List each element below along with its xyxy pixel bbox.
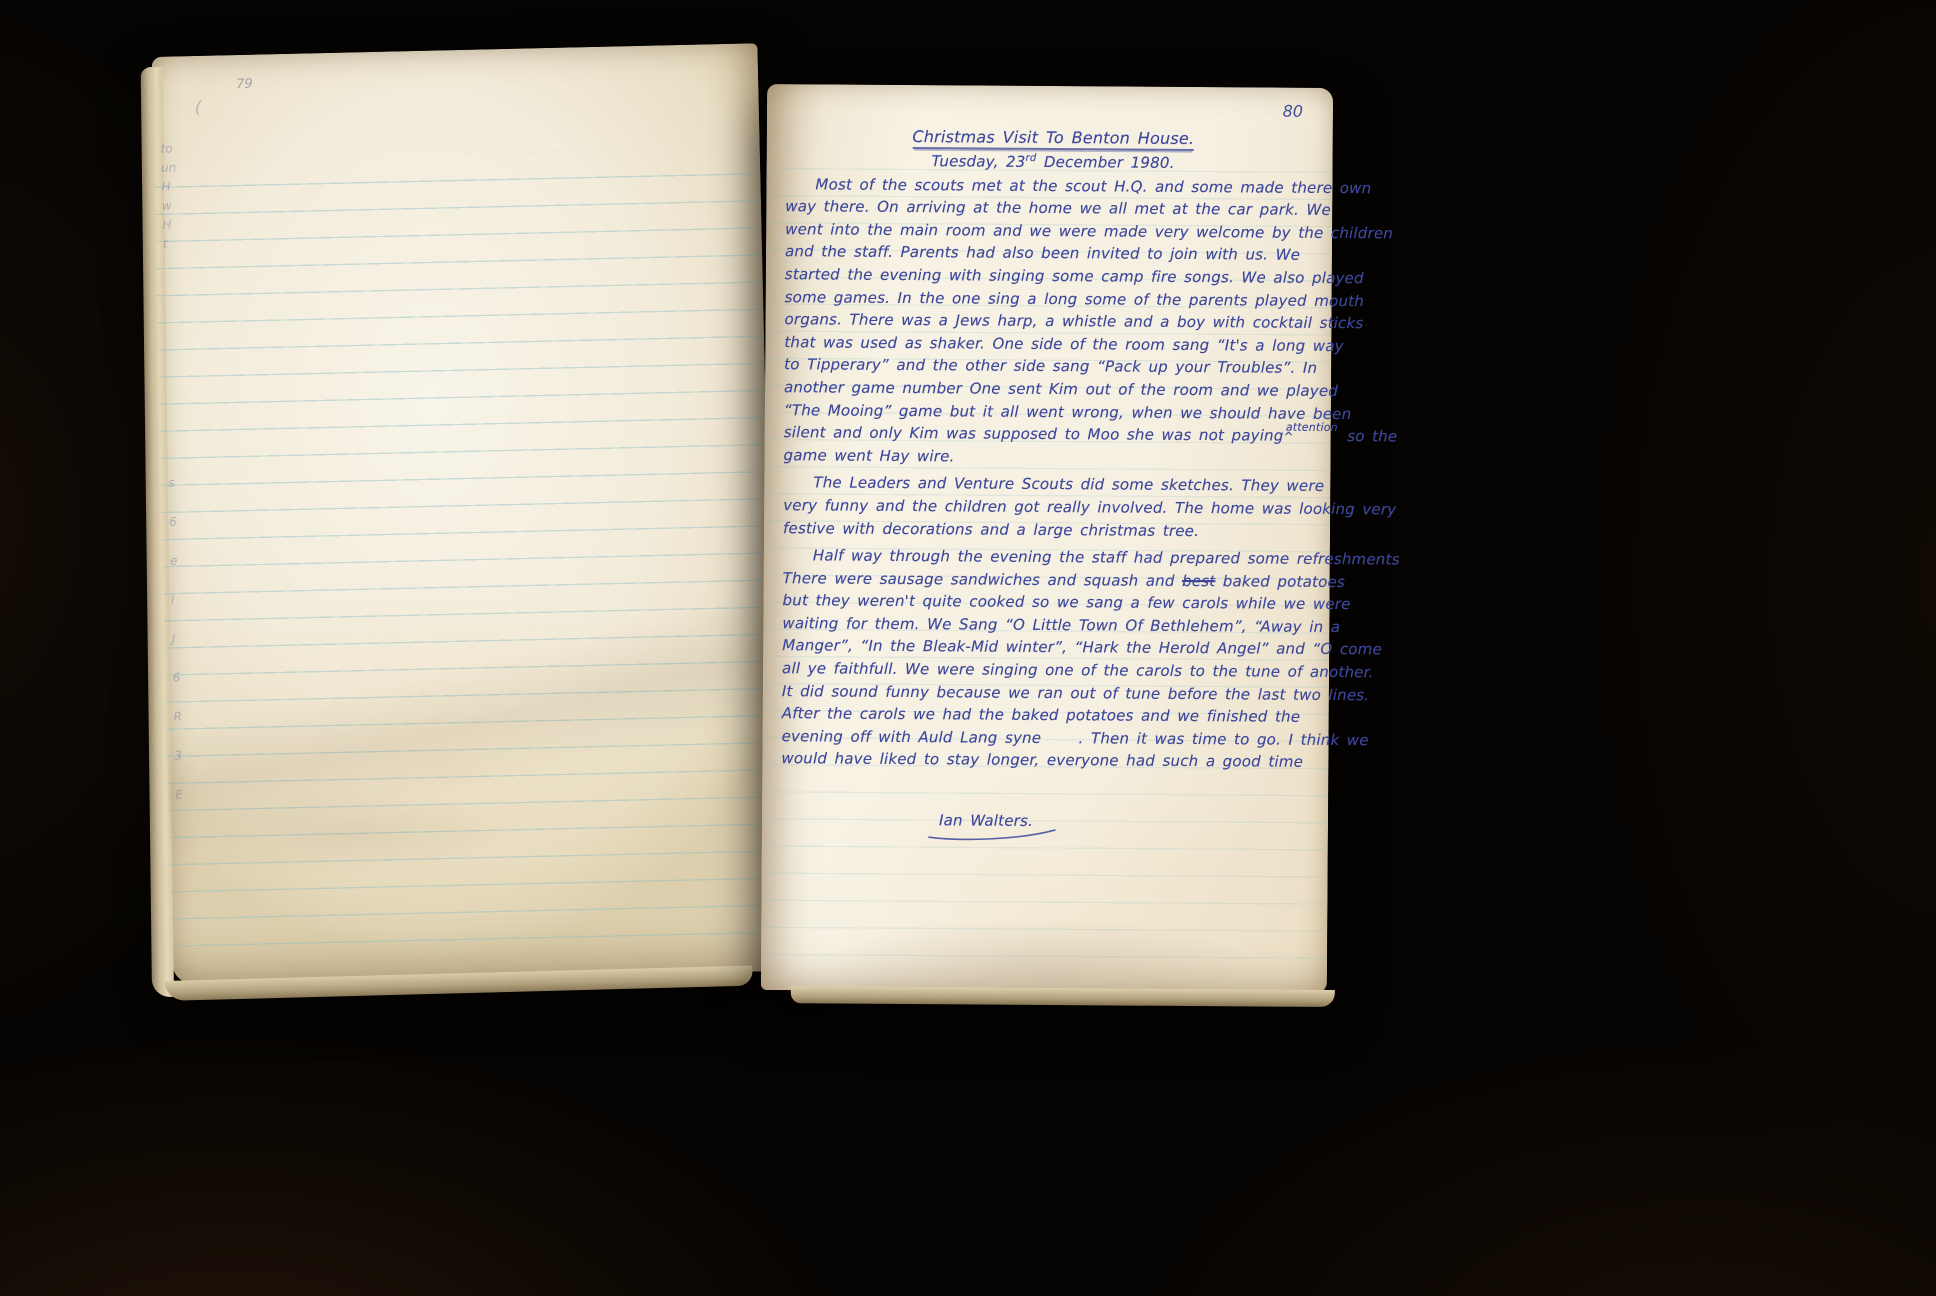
handwriting-line: organs. There was a Jews harp, a whistle… xyxy=(784,308,1319,334)
paragraph: The Leaders and Venture Scouts did some … xyxy=(783,471,1318,543)
entry-title: Christmas Visit To Benton House. xyxy=(786,126,1321,149)
handwriting-line: would have liked to stay longer, everyon… xyxy=(781,748,1316,774)
bleed-mark: s xyxy=(168,477,177,489)
text-segment: festive with decorations and a large chr… xyxy=(783,519,1199,540)
text-segment: some games. In the one sing a long some … xyxy=(785,288,1364,310)
bleed-mark: J xyxy=(172,632,181,644)
bleed-mark: e xyxy=(170,555,179,567)
handwriting-line: started the evening with singing some ca… xyxy=(785,263,1320,289)
segment-ins: attention xyxy=(1286,421,1338,434)
text-segment: very funny and the children got really i… xyxy=(783,496,1396,518)
paper-crease xyxy=(152,43,779,985)
corner-mark: ( xyxy=(194,98,201,118)
bleed-mark: R xyxy=(173,710,182,722)
diary-entry: Christmas Visit To Benton House. Tuesday… xyxy=(781,126,1321,832)
right-page-number: 80 xyxy=(1283,102,1303,121)
text-segment: way there. On arriving at the home we al… xyxy=(785,197,1331,219)
text-segment: game went Hay wire. xyxy=(784,446,955,465)
text-segment: Most of the scouts met at the scout H.Q.… xyxy=(815,175,1371,197)
handwriting-line: game went Hay wire. xyxy=(783,444,1318,470)
segment-strike: best xyxy=(1182,572,1215,590)
bleed-mark: 6 xyxy=(169,516,178,528)
text-segment: but they weren't quite cooked so we sang… xyxy=(783,591,1351,613)
entry-body: Most of the scouts met at the scout H.Q.… xyxy=(781,173,1320,774)
text-segment: baked potatoes xyxy=(1215,572,1345,591)
right-page: 80 Christmas Visit To Benton House. Tues… xyxy=(761,84,1333,994)
text-segment: so the xyxy=(1340,427,1398,445)
handwriting-line: festive with decorations and a large chr… xyxy=(783,517,1318,543)
text-segment: and the staff. Parents had also been inv… xyxy=(785,243,1300,265)
handwriting-line: Half way through the evening the staff h… xyxy=(783,544,1318,570)
bleed-mark: 3 xyxy=(174,749,183,761)
text-segment: started the evening with singing some ca… xyxy=(785,265,1364,287)
text-segment: Manger”, “In the Bleak-Mid winter”, “Har… xyxy=(782,637,1382,659)
signature-flourish xyxy=(927,827,1059,842)
paragraph: Most of the scouts met at the scout H.Q.… xyxy=(783,173,1320,470)
bleed-mark: w xyxy=(162,199,177,211)
handwriting-line: very funny and the children got really i… xyxy=(783,494,1318,520)
bleed-mark: un xyxy=(161,161,176,173)
bleed-mark: H xyxy=(161,180,176,192)
text-segment: organs. There was a Jews harp, a whistle… xyxy=(784,310,1363,332)
text-segment: went into the main room and we were made… xyxy=(785,220,1393,242)
bleed-through-marks-top: tounHwHt xyxy=(161,142,179,249)
text-segment: Half way through the evening the staff h… xyxy=(813,546,1400,568)
handwriting-line: all ye faithfull. We were singing one of… xyxy=(782,657,1317,683)
text-segment: After the carols we had the baked potato… xyxy=(782,704,1301,726)
text-segment: waiting for them. We Sang “O Little Town… xyxy=(782,614,1340,636)
text-segment: silent and only Kim was supposed to Moo … xyxy=(784,423,1284,444)
bleed-mark: E xyxy=(175,788,184,800)
handwriting-line: silent and only Kim was supposed to Moo … xyxy=(784,421,1319,447)
text-segment: another game number One sent Kim out of … xyxy=(784,378,1338,400)
ruled-lines-left xyxy=(154,147,778,951)
text-segment: There were sausage sandwiches and squash… xyxy=(783,569,1183,590)
text-segment: would have liked to stay longer, everyon… xyxy=(781,750,1303,772)
bleed-mark: to xyxy=(161,142,176,154)
paragraph: Half way through the evening the staff h… xyxy=(781,544,1318,774)
text-segment: Tuesday, 23 xyxy=(932,152,1026,171)
text-segment: The Leaders and Venture Scouts did some … xyxy=(813,474,1324,496)
signature-block: Ian Walters. xyxy=(781,810,1316,832)
bleed-mark: l xyxy=(171,594,180,606)
photo-background: 79 ( tounHwHt s6elJ6R3E 80 Christmas Vis… xyxy=(0,0,1936,1296)
text-segment: to Tipperary” and the other side sang “P… xyxy=(784,356,1317,378)
text-segment: It did sound funny because we ran out of… xyxy=(782,682,1370,704)
left-page-number: 79 xyxy=(236,77,253,92)
bleed-through-marks-bottom: s6elJ6R3E xyxy=(168,477,184,801)
left-page: 79 ( tounHwHt s6elJ6R3E xyxy=(152,43,779,985)
bleed-mark: 6 xyxy=(173,671,182,683)
text-segment: all ye faithfull. We were singing one of… xyxy=(782,659,1374,681)
entry-date: Tuesday, 23rd December 1980. xyxy=(786,146,1321,175)
segment-sup: rd xyxy=(1026,153,1037,164)
text-segment: evening off with Auld Lang syne . Then i… xyxy=(782,727,1369,749)
bleed-mark: H xyxy=(162,218,177,230)
bleed-mark: t xyxy=(163,237,178,249)
text-segment: “The Mooing” game but it all went wrong,… xyxy=(784,401,1352,423)
text-segment: that was used as shaker. One side of the… xyxy=(784,333,1344,355)
text-segment: December 1980. xyxy=(1036,153,1174,172)
handwriting-line: another game number One sent Kim out of … xyxy=(784,376,1319,402)
